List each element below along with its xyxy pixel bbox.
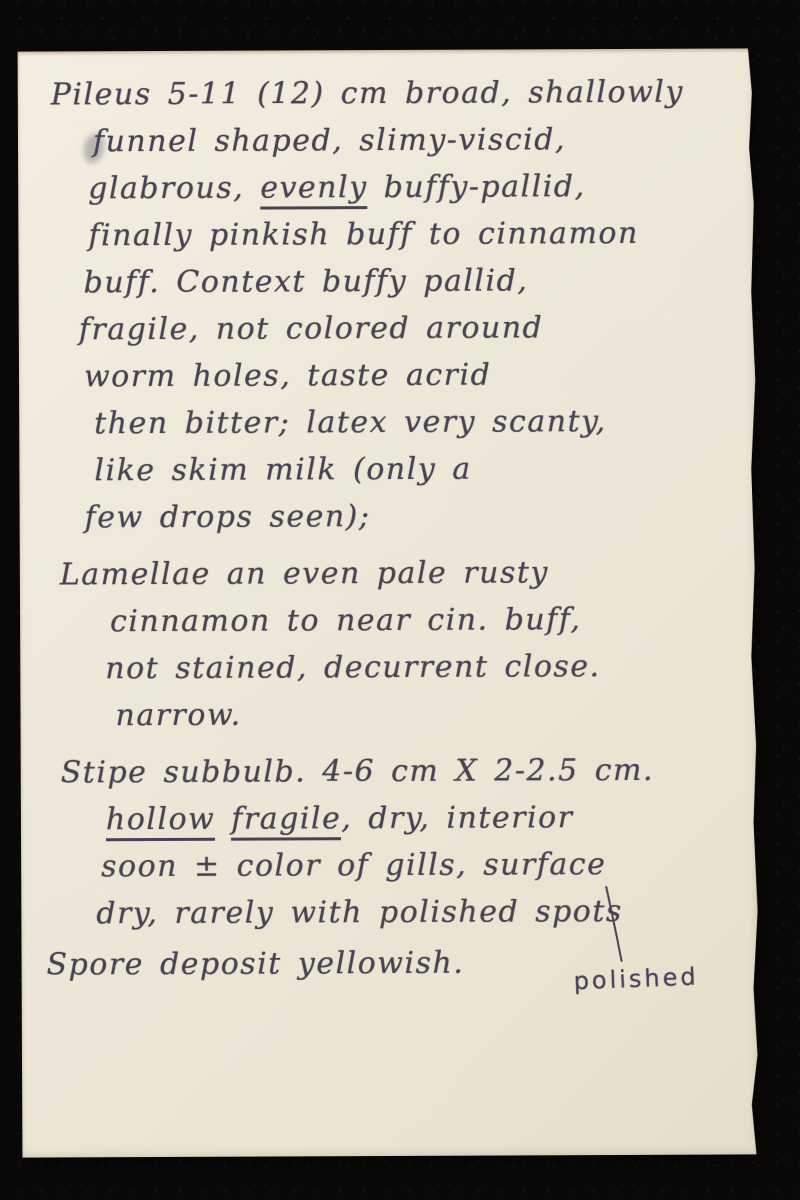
handwritten-line: like skim milk (only a — [94, 444, 742, 494]
handwritten-word-segment: worm holes, taste acrid — [84, 358, 491, 395]
handwritten-line: Pileus 5-11 (12) cm broad, shallowly — [51, 68, 741, 118]
handwritten-word-segment: like skim milk (only a — [94, 452, 471, 489]
handwritten-line: fragile, not colored around — [79, 303, 742, 353]
handwritten-word-segment — [215, 802, 231, 837]
handwritten-word-underlined: hollow — [106, 802, 215, 841]
photo-background: Pileus 5-11 (12) cm broad, shallowlyfunn… — [0, 0, 800, 1200]
handwritten-line: worm holes, taste acrid — [84, 350, 742, 400]
handwritten-line: Lamellae an even pale rusty — [60, 548, 743, 598]
annotation-polished: polished — [573, 962, 699, 995]
handwritten-word-segment: glabrous, — [88, 171, 260, 207]
handwritten-text-block: Pileus 5-11 (12) cm broad, shallowlyfunn… — [48, 68, 745, 988]
handwritten-line: narrow. — [115, 689, 743, 739]
handwritten-word-underlined: fragile — [231, 801, 341, 840]
handwritten-word-segment: , dry, interior — [341, 800, 573, 836]
handwritten-word-segment: Stipe subbulb. 4-6 cm X 2-2.5 cm. — [61, 753, 654, 791]
note-card-paper: Pileus 5-11 (12) cm broad, shallowlyfunn… — [18, 48, 760, 1157]
handwritten-line: then bitter; latex very scanty, — [94, 397, 742, 447]
note-card: Pileus 5-11 (12) cm broad, shallowlyfunn… — [18, 48, 760, 1157]
handwritten-line: buff. Context buffy pallid, — [83, 256, 741, 306]
handwritten-word-segment: Spore deposit yellowish. — [46, 946, 464, 983]
handwritten-line: dry, rarely with polished spots — [96, 887, 744, 937]
handwritten-word-segment: few drops seen); — [85, 499, 371, 535]
handwritten-word-segment: buff. Context buffy pallid, — [84, 263, 529, 300]
handwritten-line: funnel shaped, slimy-viscid, — [93, 115, 741, 165]
handwritten-word-segment: Lamellae an even pale rusty — [60, 555, 549, 592]
handwritten-word-segment: not stained, decurrent close. — [105, 649, 600, 686]
handwritten-word-underlined: evenly — [260, 170, 367, 209]
handwritten-line: glabrous, evenly buffy-pallid, — [88, 162, 741, 212]
handwritten-line: hollow fragile, dry, interior — [106, 793, 744, 843]
handwritten-line: not stained, decurrent close. — [105, 642, 743, 692]
handwritten-word-segment: then bitter; latex very scanty, — [94, 404, 607, 441]
handwritten-word-segment: narrow. — [115, 698, 241, 734]
handwritten-word-segment: funnel shaped, slimy-viscid, — [93, 122, 566, 159]
handwritten-line: Stipe subbulb. 4-6 cm X 2-2.5 cm. — [61, 746, 744, 796]
handwritten-word-segment: dry, rarely with polished spots — [96, 894, 623, 931]
handwritten-word-segment: finally pinkish buff to cinnamon — [88, 216, 639, 253]
handwritten-word-segment: buffy-pallid, — [368, 169, 586, 205]
handwritten-word-segment: soon ± color of gills, surface — [101, 847, 606, 884]
handwritten-word-segment: Pileus 5-11 (12) cm broad, shallowly — [51, 75, 684, 113]
handwritten-line: cinnamon to near cin. buff, — [110, 595, 743, 645]
handwritten-line: finally pinkish buff to cinnamon — [88, 209, 741, 259]
handwritten-word-segment: fragile, not colored around — [79, 310, 544, 347]
handwritten-line: soon ± color of gills, surface — [101, 840, 744, 890]
handwritten-word-segment: cinnamon to near cin. buff, — [110, 602, 581, 639]
handwritten-line: few drops seen); — [85, 491, 743, 541]
